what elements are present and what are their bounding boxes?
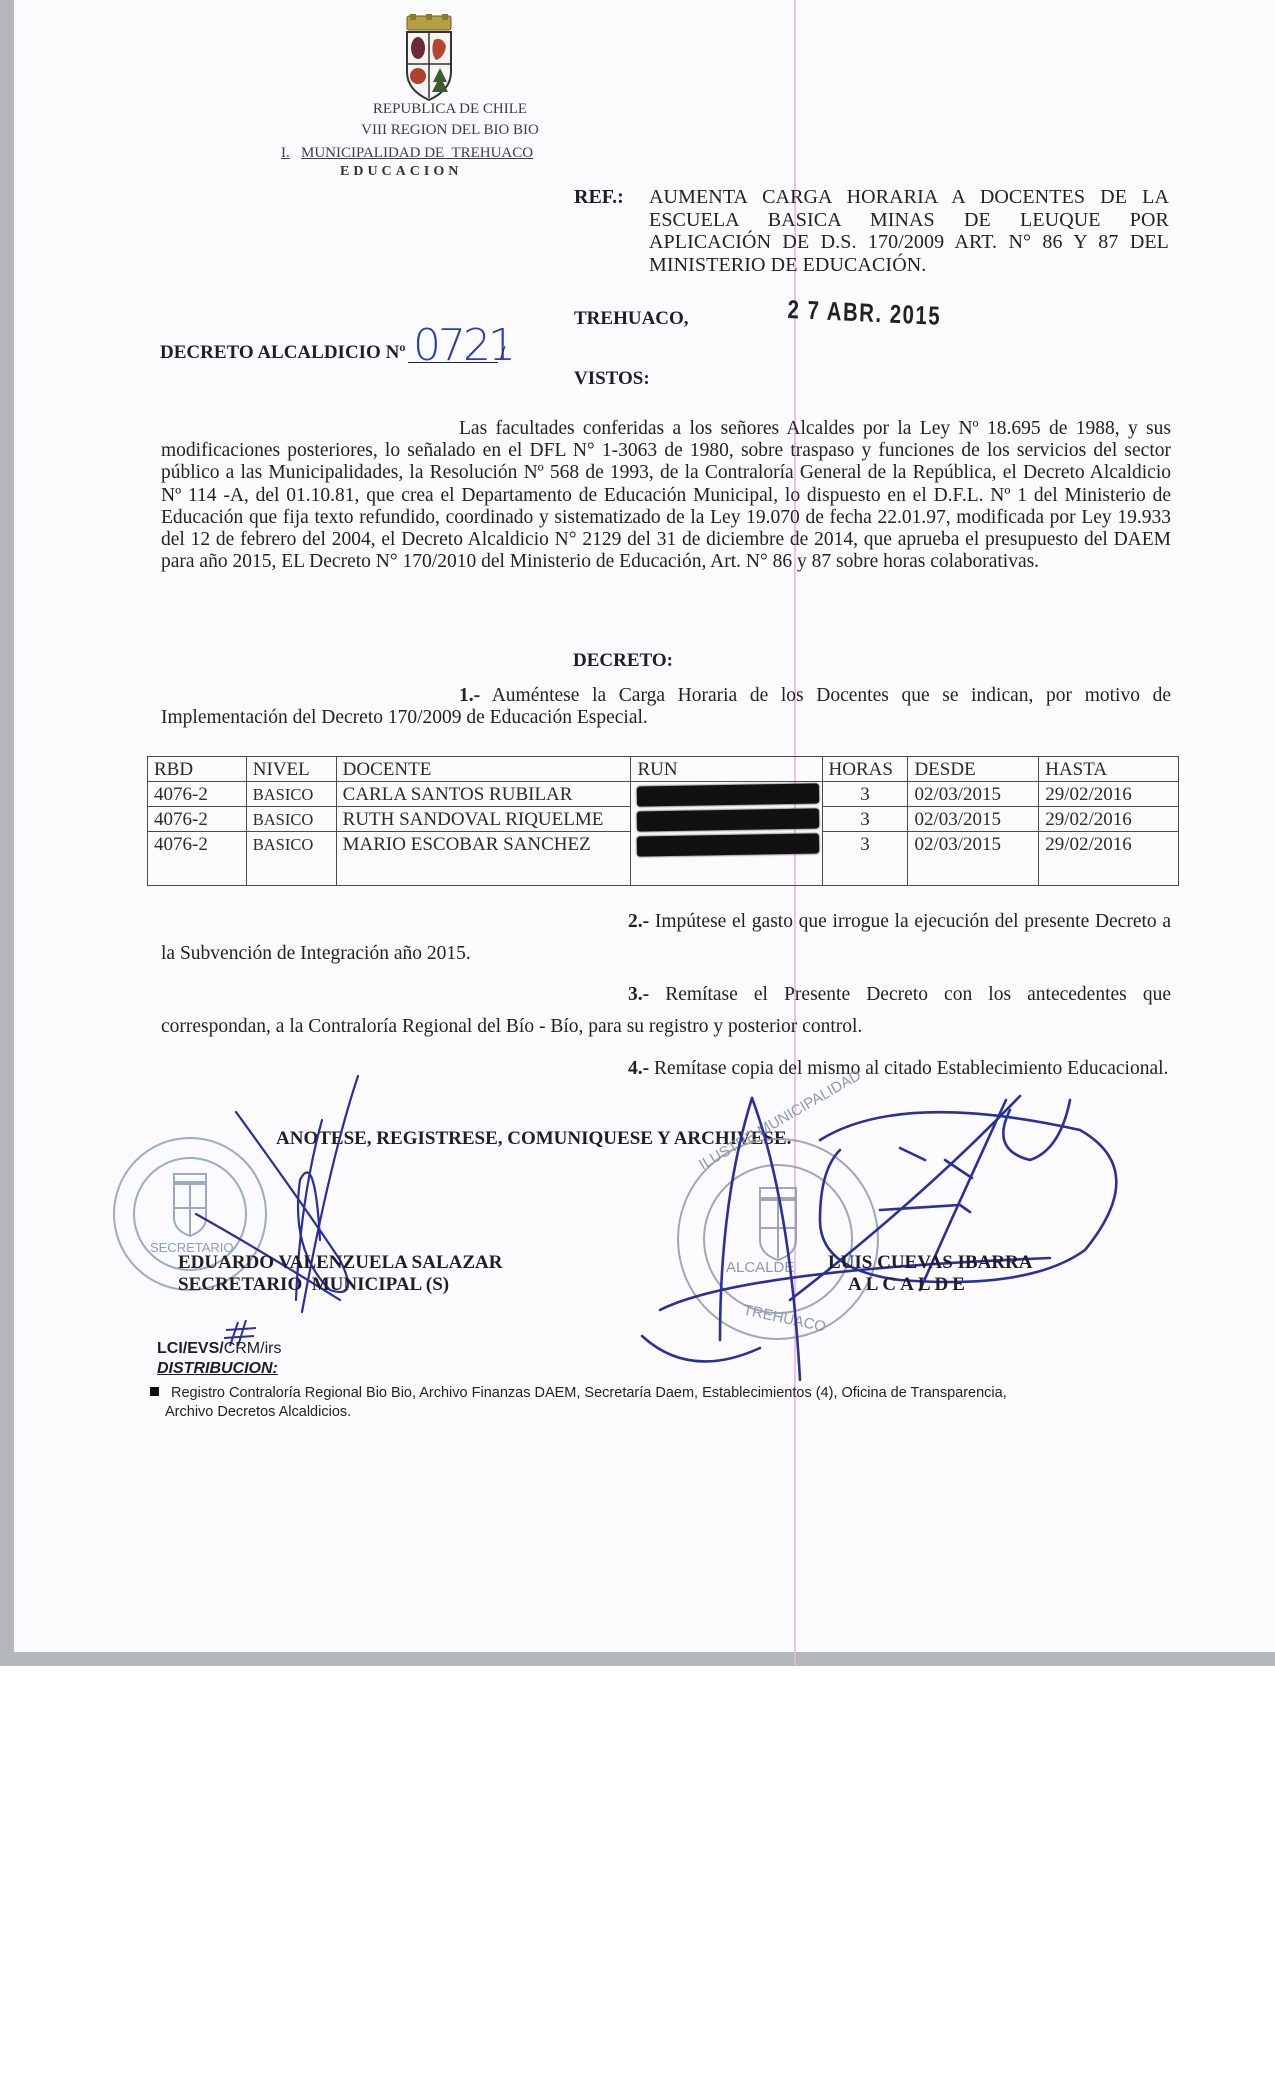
decree-item-2: 2.- Impútese el gasto que irrogue la eje… [161,906,1171,970]
distribution-line-1: Registro Contraloría Regional Bio Bio, A… [150,1384,1170,1403]
empty-cell [246,856,336,886]
secretary-role: SECRETARIO MUNICIPAL (S) [178,1274,502,1296]
decree-item-1-text: Auméntese la Carga Horaria de los Docent… [161,685,1171,728]
distribution-list: Registro Contraloría Regional Bio Bio, A… [150,1384,1170,1422]
teachers-table: RBD NIVEL DOCENTE RUN HORAS DESDE HASTA … [147,756,1179,886]
header-horas: HORAS [822,757,908,782]
decree-number-suffix: / [500,342,506,365]
table-row: 4076-2 BASICO CARLA SANTOS RUBILAR 3 02/… [148,782,1179,807]
closing-formula: ANOTESE, REGISTRESE, COMUNIQUESE Y ARCHI… [276,1128,791,1150]
place-name: TREHUACO, [574,308,689,330]
empty-cell [148,856,247,886]
cell-desde: 02/03/2015 [908,807,1039,832]
header-desde: DESDE [908,757,1039,782]
table-header-row: RBD NIVEL DOCENTE RUN HORAS DESDE HASTA [148,757,1179,782]
cell-docente: CARLA SANTOS RUBILAR [336,782,631,807]
redaction-mark [637,784,819,807]
decreto-heading: DECRETO: [573,650,673,672]
cell-desde: 02/03/2015 [908,782,1039,807]
header-run: RUN [631,757,822,782]
letterhead-prefix: I. [281,145,290,161]
letterhead-municipality-name: MUNICIPALIDAD DE TREHUACO [301,145,533,161]
cell-nivel: BASICO [246,832,336,857]
table-empty-row [148,856,1179,886]
decree-item-4-number: 4.- [628,1058,649,1079]
decree-item-3-number: 3.- [628,984,649,1005]
cell-rbd: 4076-2 [148,832,247,857]
ref-label: REF.: [574,186,624,209]
cell-rbd: 4076-2 [148,807,247,832]
decree-item-4-text: Remítase copia del mismo al citado Estab… [654,1058,1168,1079]
empty-cell [908,856,1039,886]
cell-run-redacted [631,832,822,857]
cell-run-redacted [631,782,822,807]
table-row: 4076-2 BASICO RUTH SANDOVAL RIQUELME 3 0… [148,807,1179,832]
empty-cell [1039,856,1179,886]
decree-item-3-text: Remítase el Presente Decreto con los ant… [161,984,1171,1037]
cell-hasta: 29/02/2016 [1039,782,1179,807]
decree-item-4: 4.- Remítase copia del mismo al citado E… [161,1053,1171,1085]
redaction-mark [637,833,819,856]
decree-number-label: DECRETO ALCALDICIO Nº [160,342,406,364]
decree-item-2-number: 2.- [628,911,649,932]
vistos-paragraph: Las facultades conferidas a los señores … [161,418,1171,573]
distribution-line-2: Archivo Decretos Alcaldicios. [150,1403,1170,1422]
distribution-text: Archivo Decretos Alcaldicios. [165,1404,351,1420]
letterhead-municipality: I. MUNICIPALIDAD DE TREHUACO [281,145,533,162]
header-rbd: RBD [148,757,247,782]
distribution-heading: DISTRIBUCION: [157,1360,278,1378]
mayor-name: LUIS CUEVAS IBARRA [828,1252,1032,1274]
letterhead-department: EDUCACION [340,164,462,180]
header-nivel: NIVEL [246,757,336,782]
decree-item-1-number: 1.- [459,685,480,706]
header-hasta: HASTA [1039,757,1179,782]
mayor-signatory: LUIS CUEVAS IBARRA ALCALDE [828,1252,1032,1296]
table-row: 4076-2 BASICO MARIO ESCOBAR SANCHEZ 3 02… [148,832,1179,857]
decree-item-2-text: Impútese el gasto que irrogue la ejecuci… [161,911,1171,964]
cell-nivel: BASICO [246,782,336,807]
empty-cell [631,856,822,886]
letterhead-country: REPUBLICA DE CHILE [300,101,600,118]
coat-of-arms-icon [401,14,457,102]
cell-docente: RUTH SANDOVAL RIQUELME [336,807,631,832]
decree-item-3: 3.- Remítase el Presente Decreto con los… [161,979,1171,1043]
decree-item-1: 1.- Auméntese la Carga Horaria de los Do… [161,685,1171,729]
ref-subject: AUMENTA CARGA HORARIA A DOCENTES DE LA E… [649,186,1169,276]
cell-run-redacted [631,807,822,832]
initials-bold: LCI/EVS/ [157,1340,224,1357]
reference-initials: LCI/EVS/CRM/irs [157,1340,281,1358]
decree-number-handwritten: 0721 [413,320,513,371]
empty-cell [336,856,631,886]
letterhead-region: VIII REGION DEL BIO BIO [300,122,600,139]
cell-horas: 3 [822,832,908,857]
cell-rbd: 4076-2 [148,782,247,807]
cell-hasta: 29/02/2016 [1039,807,1179,832]
cell-horas: 3 [822,782,908,807]
secretary-signatory: EDUARDO VALENZUELA SALAZAR SECRETARIO MU… [178,1252,502,1296]
empty-cell [822,856,908,886]
initials-normal: CRM/irs [224,1340,282,1357]
secretary-name: EDUARDO VALENZUELA SALAZAR [178,1252,502,1274]
cell-desde: 02/03/2015 [908,832,1039,857]
square-bullet-icon [150,1387,159,1396]
cell-nivel: BASICO [246,807,336,832]
mayor-role: ALCALDE [828,1274,1032,1296]
cell-horas: 3 [822,807,908,832]
redaction-mark [637,808,819,831]
cell-hasta: 29/02/2016 [1039,832,1179,857]
distribution-text: Registro Contraloría Regional Bio Bio, A… [171,1385,1007,1401]
vistos-heading: VISTOS: [574,368,650,390]
header-docente: DOCENTE [336,757,631,782]
cell-docente: MARIO ESCOBAR SANCHEZ [336,832,631,857]
